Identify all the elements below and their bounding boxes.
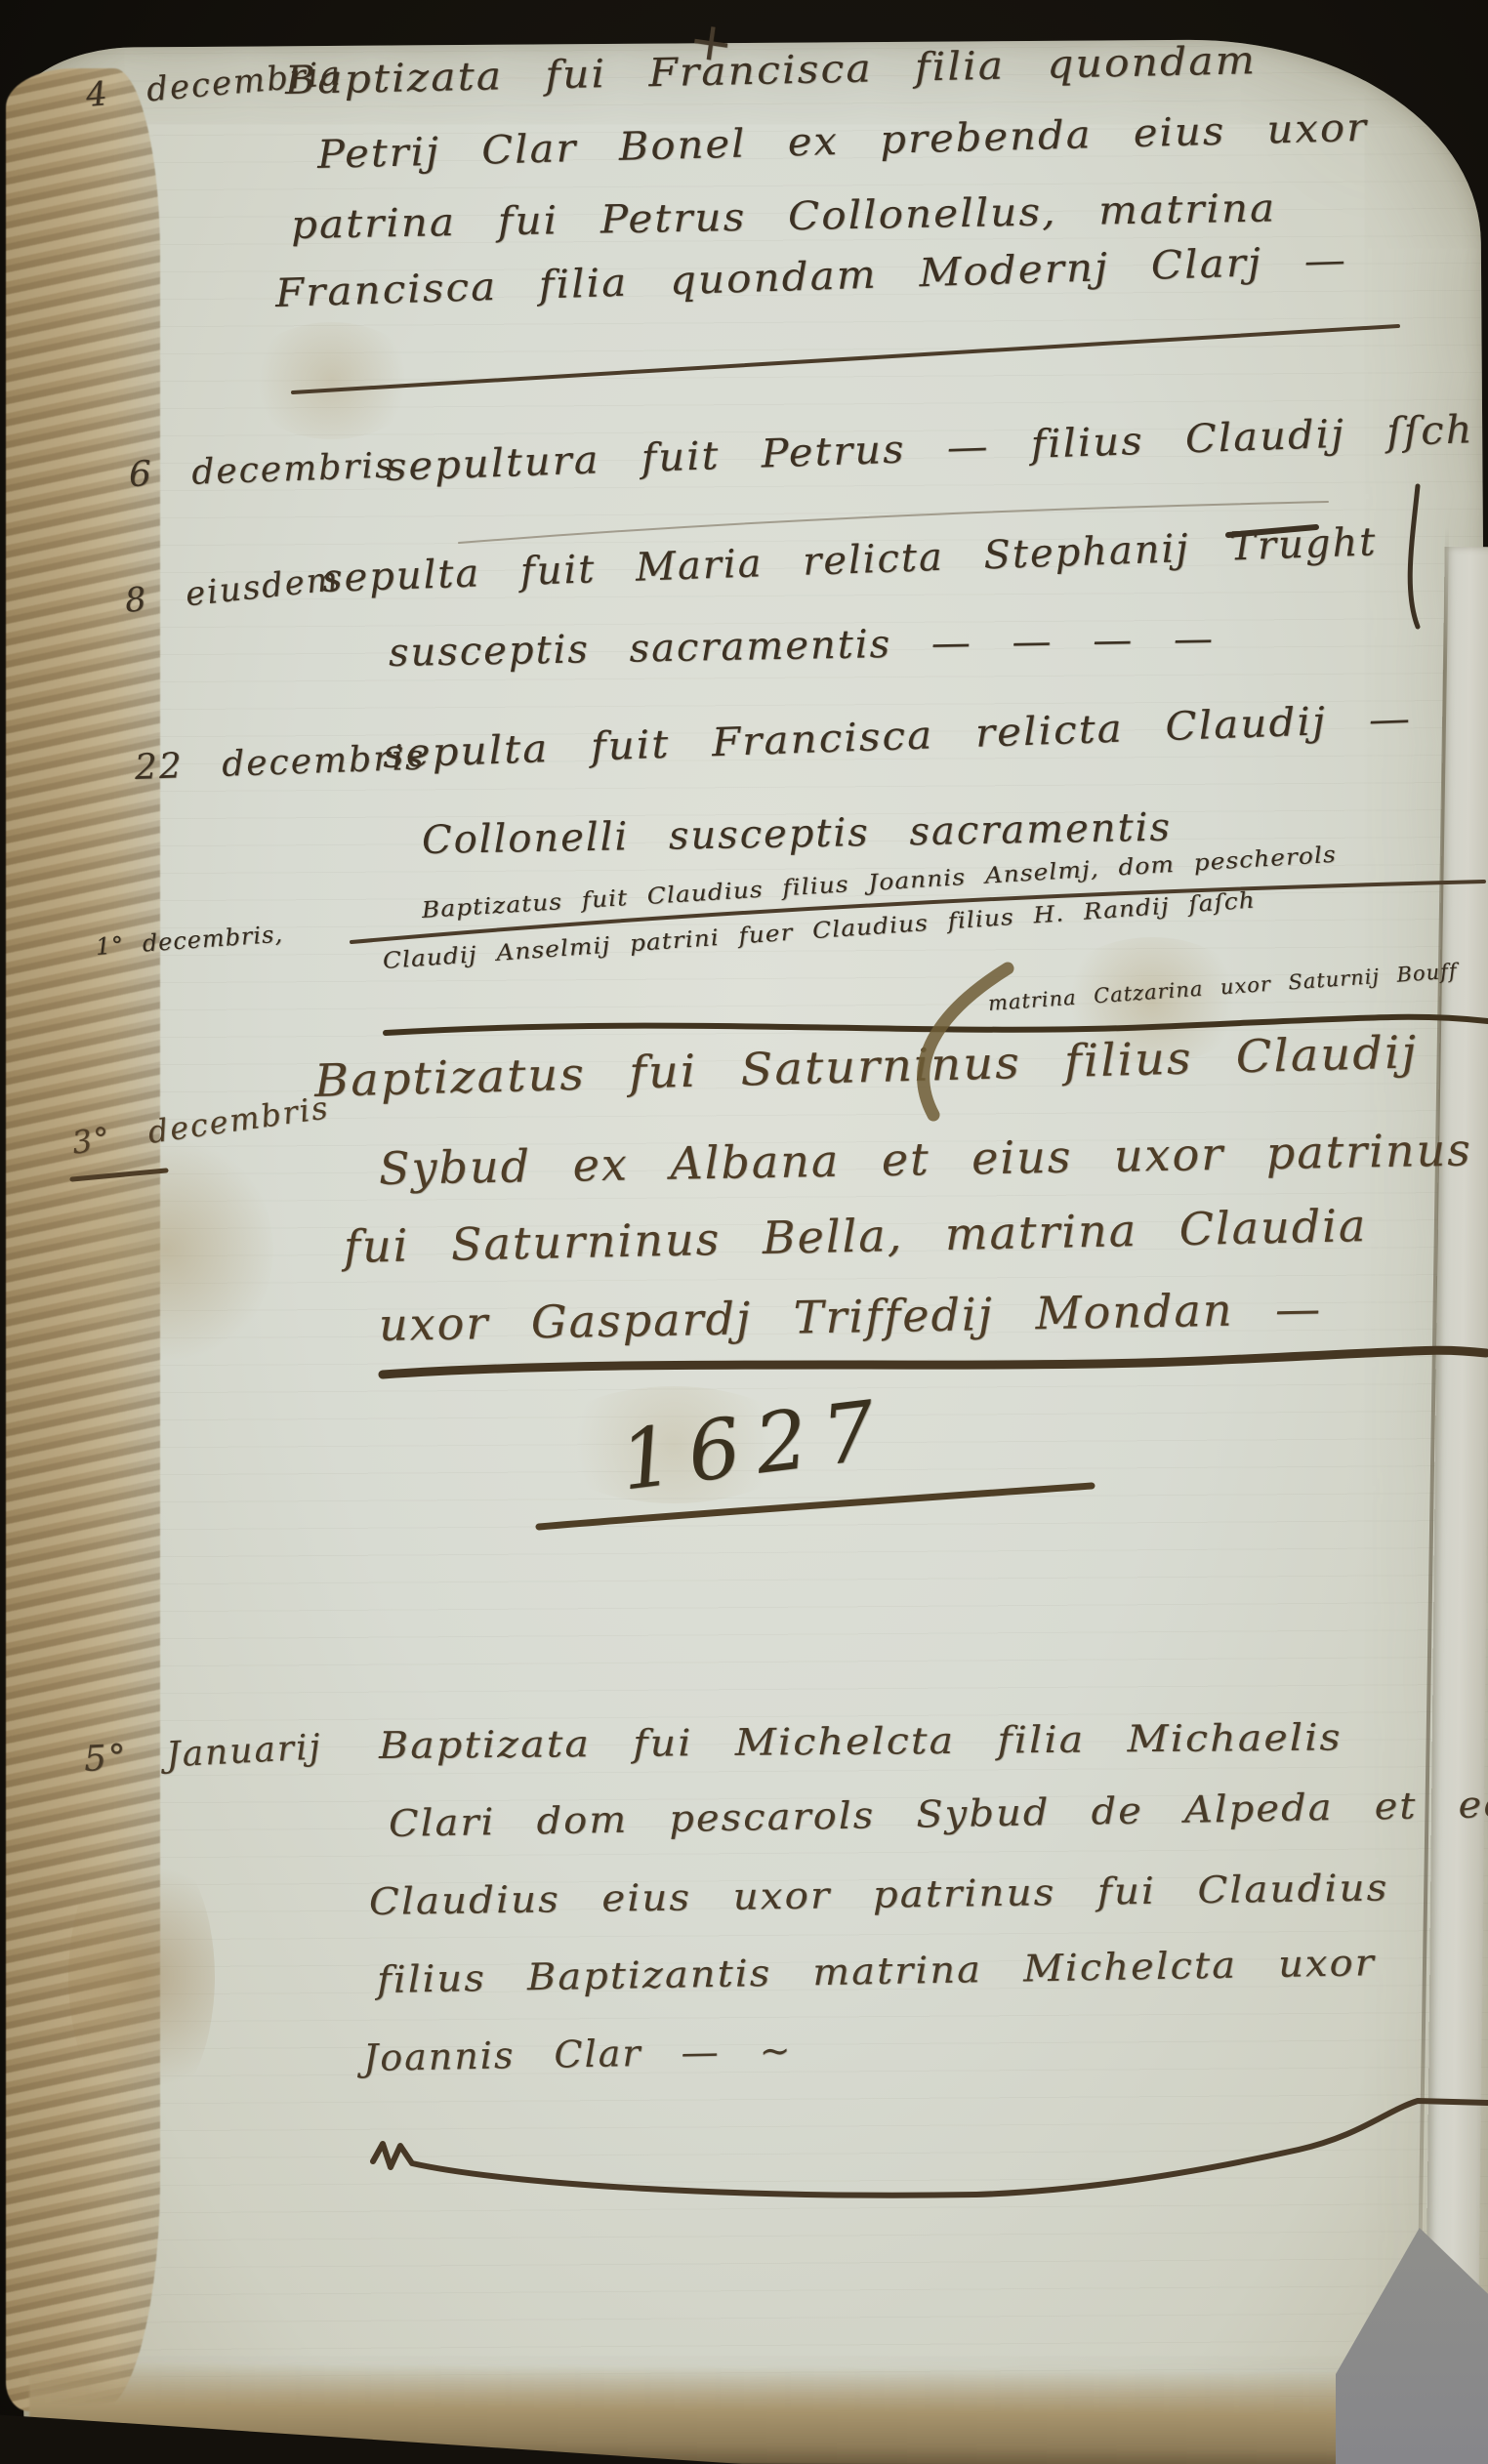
entry-baptism-5-jan-line-5: Joannis Clar — ~ [363, 2029, 793, 2079]
photo-background: + 4 decembria Baptizata fui Francisca fi… [0, 0, 1488, 2464]
entry-baptism-5-jan-line-1: Baptizata fui Michelcta filia Michaelis [379, 1715, 1343, 1767]
binding-edge [6, 68, 160, 2411]
